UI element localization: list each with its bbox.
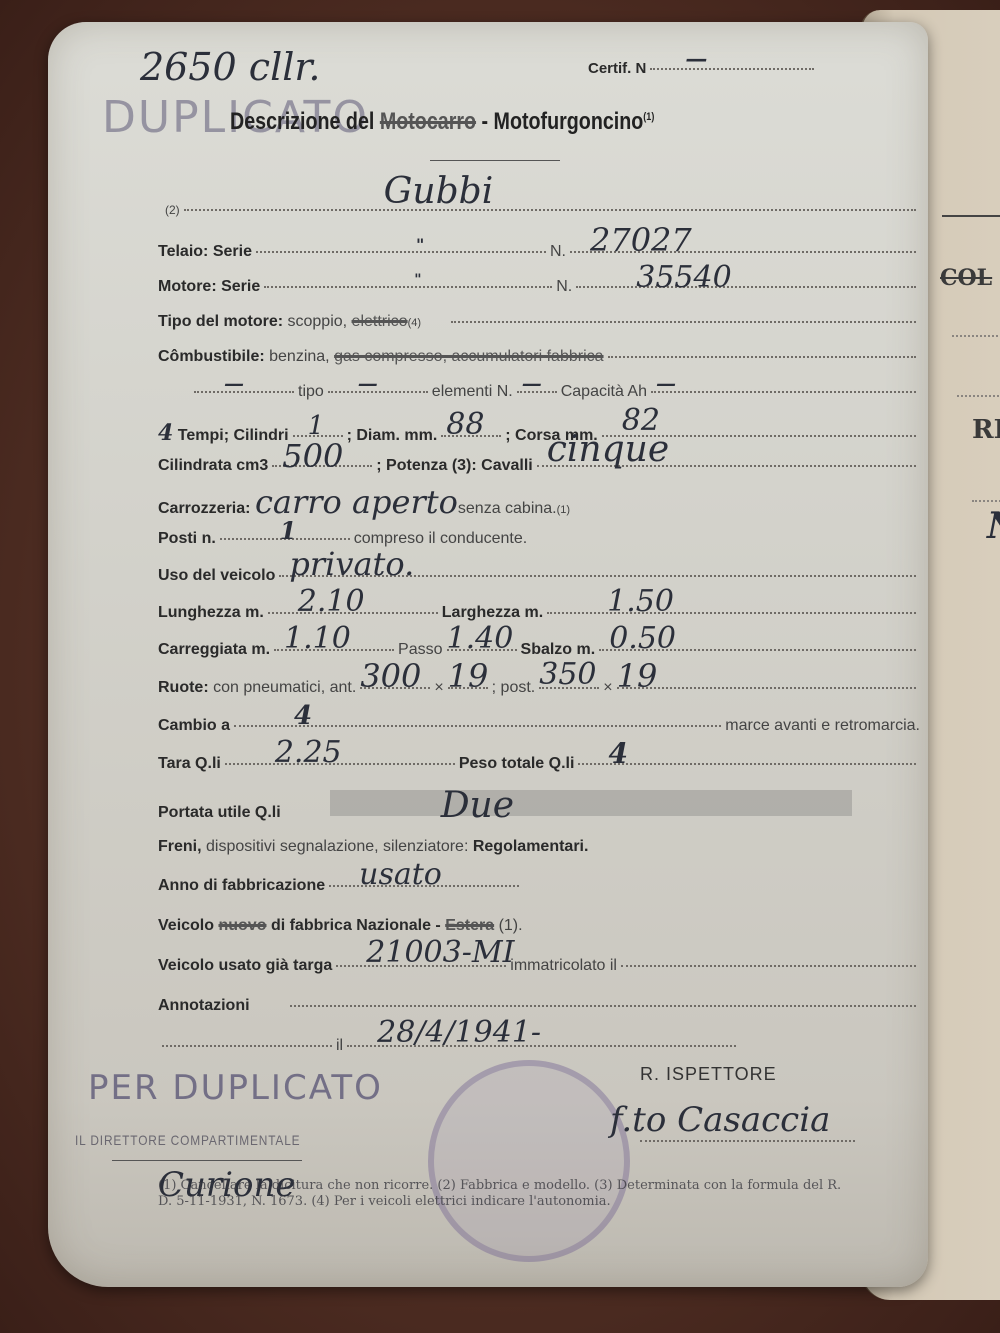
- ispettore-label: R. ISPETTORE: [640, 1064, 777, 1085]
- field-combustibile: Cômbustibile: benzina, gas compresso, ac…: [158, 348, 920, 366]
- field-data: il 28/4/1941-: [158, 1037, 740, 1055]
- field-portata: Portata utile Q.li Due: [158, 798, 920, 822]
- signature-line: [640, 1140, 855, 1142]
- handwritten-price: 2650 cllr.: [140, 45, 320, 89]
- footnote: (1) Cancellare la dicitura che non ricor…: [158, 1178, 858, 1210]
- telaio-number: 27027: [590, 221, 692, 259]
- ispettore-signature: f.to Casaccia: [610, 1100, 830, 1140]
- field-tara: Tara Q.li 2.25 Peso totale Q.li 4: [158, 755, 920, 773]
- divider: [942, 215, 1000, 217]
- field-annotazioni: Annotazioni: [158, 997, 920, 1015]
- field-lunghezza: Lunghezza m. 2.10 Larghezza m. 1.50: [158, 604, 920, 622]
- adjacent-page-text: RI: [972, 415, 1000, 445]
- date-value: 28/4/1941-: [377, 1015, 541, 1050]
- targa-value: 21003-MI: [366, 935, 514, 970]
- struck-title-word: Motocarro: [380, 108, 476, 135]
- field-carrozzeria: Carrozzeria: carro aperto senza cabina. …: [158, 494, 920, 518]
- field-tempi-cilindri: 4 Tempi; Cilindri 1 ; Diam. mm. 88 ; Cor…: [158, 420, 920, 446]
- field-ruote: Ruote: con pneumatici, ant. 300 × 19 ; p…: [158, 679, 920, 697]
- field-tipo-motore: Tipo del motore: scoppio, elettrico (4): [158, 313, 920, 331]
- certificate-number: Certif. N —: [588, 60, 818, 77]
- per-duplicato-stamp: PER DUPLICATO: [88, 1068, 383, 1108]
- field-posti: Posti n. 1 compreso il conducente.: [158, 530, 920, 548]
- field-anno-fabbricazione: Anno di fabbricazione usato: [158, 877, 920, 895]
- direttore-underline: [112, 1160, 302, 1161]
- field-accumulatori: — tipo — elementi N. — Capacità Ah —: [190, 383, 920, 401]
- adjacent-page-text: COL: [940, 265, 992, 291]
- direttore-label: IL DIRETTORE COMPARTIMENTALE: [75, 1132, 300, 1148]
- adjacent-page-handwriting: N: [987, 505, 1000, 547]
- portata-value: Due: [441, 798, 514, 814]
- certif-value: —: [685, 46, 707, 72]
- field-cambio: Cambio a 4 marce avanti e retromarcia.: [158, 717, 920, 735]
- field-uso-veicolo: Uso del veicolo privato.: [158, 567, 920, 585]
- official-seal: [428, 1060, 630, 1262]
- field-motore: Motore: Serie " N. 35540: [158, 278, 920, 296]
- field-veicolo-usato: Veicolo usato già targa 21003-MI immatri…: [158, 957, 920, 975]
- field-telaio: Telaio: Serie " N. 27027: [158, 243, 920, 261]
- dotted-line: [957, 395, 1000, 397]
- dotted-line: [972, 500, 1000, 502]
- field-maker: (2) Gubbi: [165, 203, 920, 217]
- field-freni: Freni, dispositivi segnalazione, silenzi…: [158, 838, 920, 856]
- certif-label: Certif. N: [588, 60, 646, 77]
- field-cilindrata: Cilindrata cm3 500 ; Potenza (3): Cavall…: [158, 457, 920, 475]
- page-title: Descrizione del Motocarro - Motofurgonci…: [230, 108, 654, 136]
- dotted-line: [952, 335, 1000, 337]
- motore-number: 35540: [636, 260, 731, 295]
- field-veicolo-fabbrica: Veicolo nuovo di fabbrica Nazionale - Es…: [158, 917, 920, 935]
- maker-value: Gubbi: [384, 171, 494, 212]
- title-underline: [430, 160, 560, 161]
